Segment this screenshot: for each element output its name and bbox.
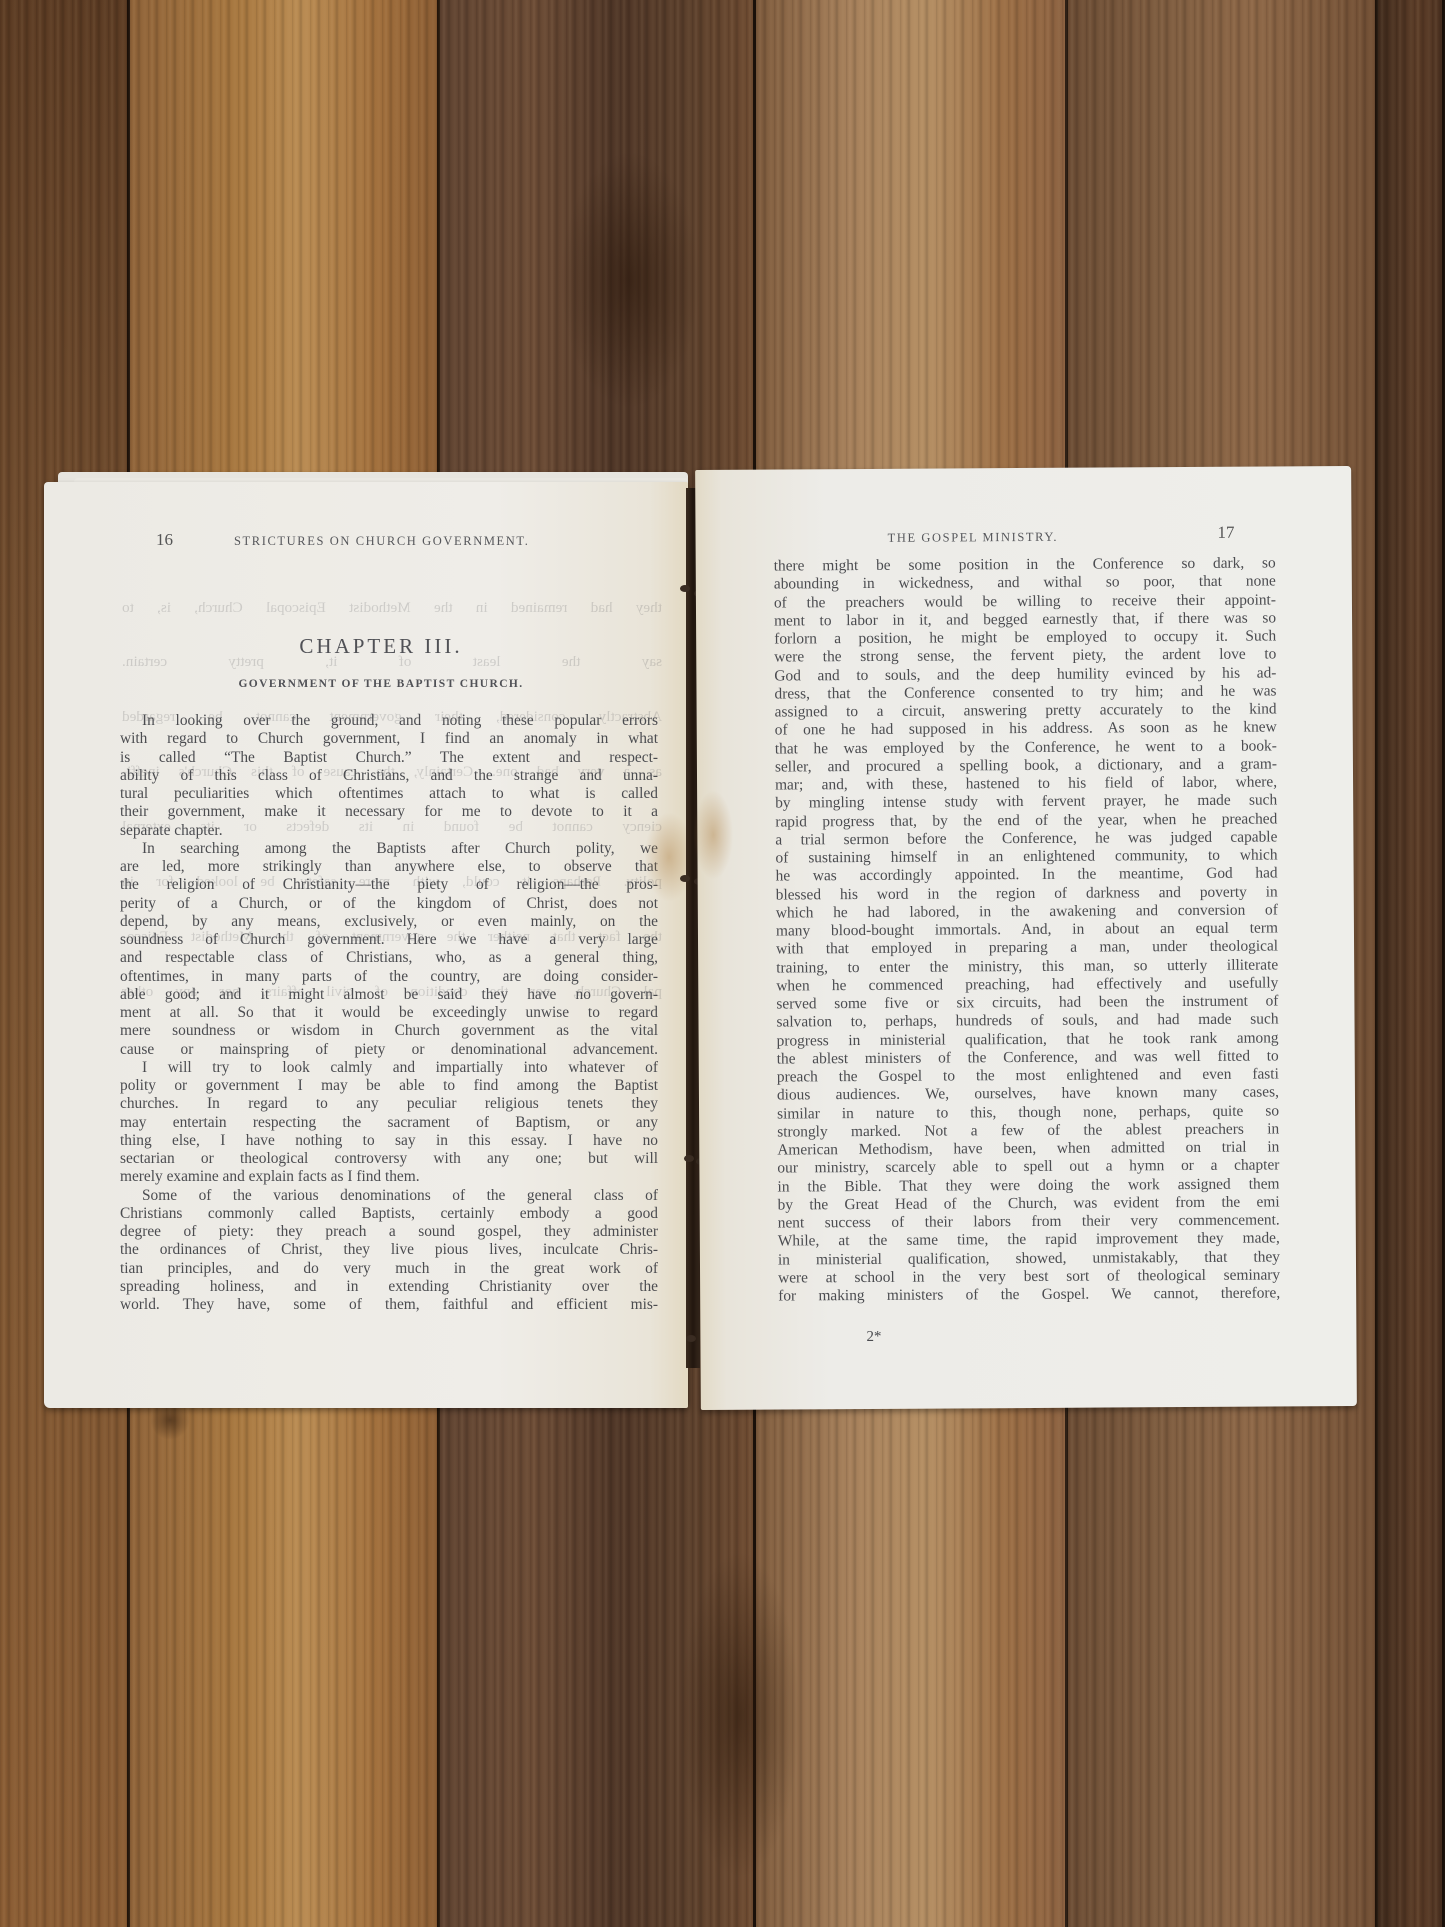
text-line: is called “The Baptist Church.” The exte… — [120, 749, 658, 767]
binding-stitch — [686, 1335, 696, 1342]
text-line: salvation to, perhaps, hundreds of souls… — [776, 1011, 1278, 1032]
text-line: the religion of Christianity—the piety o… — [120, 876, 658, 894]
text-line: polity or government I may be able to fi… — [120, 1077, 658, 1095]
text-line: world. They have, some of them, faithful… — [120, 1296, 658, 1314]
text-line: by mingling intense study with fervent p… — [775, 792, 1277, 813]
text-line: spreading holiness, and in extending Chr… — [120, 1278, 658, 1296]
chapter-title: CHAPTER III. — [44, 634, 688, 659]
text-line: While, at the same time, the rapid impro… — [778, 1230, 1280, 1251]
right-page: THE GOSPEL MINISTRY. 17 there might be s… — [695, 466, 1357, 1410]
text-line: are led, more strikingly than anywhere e… — [120, 858, 658, 876]
text-line: their government, make it necessary for … — [120, 803, 658, 821]
floor-plank — [1378, 0, 1445, 1927]
binding-stitch — [684, 1155, 694, 1162]
binding-stitch — [680, 875, 690, 882]
text-line: soundness of Church government. Here we … — [120, 931, 658, 949]
text-line: oftentimes, in many parts of the country… — [120, 968, 658, 986]
text-line: tural peculiarities which oftentimes att… — [120, 785, 658, 803]
left-page-body: In looking over the ground, and noting t… — [120, 712, 658, 1314]
text-line: he was accordingly appointed. In the mea… — [776, 865, 1278, 886]
text-line: with that employed in preparing a man, u… — [776, 938, 1278, 959]
text-line: dious audiences. We, ourselves, have kno… — [777, 1084, 1279, 1105]
text-line: tian principles, and do very much in the… — [120, 1260, 658, 1278]
text-line: ment at all. So that it would be exceedi… — [120, 1004, 658, 1022]
text-line: with regard to Church government, I find… — [120, 730, 658, 748]
water-stain — [693, 790, 734, 880]
text-line: In searching among the Baptists after Ch… — [120, 840, 658, 858]
text-line: the ordinances of Christ, they live piou… — [120, 1241, 658, 1259]
text-line: for making ministers of the Gospel. We c… — [778, 1284, 1280, 1305]
text-line: degree of piety: they preach a sound gos… — [120, 1223, 658, 1241]
text-line: I will try to look calmly and impartiall… — [120, 1059, 658, 1077]
page-number: 17 — [1217, 523, 1234, 543]
left-page: 16 STRICTURES ON CHURCH GOVERNMENT. they… — [44, 482, 688, 1408]
text-line: In looking over the ground, and noting t… — [120, 712, 658, 730]
text-line: churches. In regard to any peculiar reli… — [120, 1095, 658, 1113]
text-line: our ministry, scarcely able to spell out… — [777, 1157, 1279, 1178]
signature-mark: 2* — [866, 1329, 881, 1346]
binding-stitch — [680, 585, 690, 592]
text-line: merely examine and explain facts as I fi… — [120, 1168, 658, 1186]
text-line: thing else, I have nothing to say in thi… — [120, 1132, 658, 1150]
text-line: sectarian or theological controversy wit… — [120, 1150, 658, 1168]
wood-knot — [680, 1550, 800, 1880]
text-line: and respectable class of Christians, who… — [120, 949, 658, 967]
text-line: may entertain respecting the sacrament o… — [120, 1114, 658, 1132]
running-head: STRICTURES ON CHURCH GOVERNMENT. — [234, 534, 529, 549]
text-line: perity of a Church, or of the kingdom of… — [120, 895, 658, 913]
text-line: mere soundness or wisdom in Church gover… — [120, 1022, 658, 1040]
right-page-body: there might be some position in the Conf… — [774, 554, 1281, 1305]
text-line: of one he had supposed in his address. A… — [775, 719, 1277, 740]
running-head: THE GOSPEL MINISTRY. — [888, 530, 1059, 546]
text-line: Christians commonly called Baptists, cer… — [120, 1205, 658, 1223]
text-line: depend, by any means, exclusively, or ev… — [120, 913, 658, 931]
text-line: separate chapter. — [120, 822, 658, 840]
text-line: Some of the various denominations of the… — [120, 1187, 658, 1205]
text-line: ability of this class of Christians, and… — [120, 767, 658, 785]
text-line: able good; and it might almost be said t… — [120, 986, 658, 1004]
text-line: abounding in wickedness, and withal so p… — [774, 573, 1276, 594]
text-line: were the strong sense, the fervent piety… — [774, 646, 1276, 667]
chapter-subtitle: GOVERNMENT OF THE BAPTIST CHURCH. — [44, 678, 688, 690]
page-number: 16 — [156, 530, 173, 550]
text-line: cause or mainspring of piety or denomina… — [120, 1041, 658, 1059]
wood-knot — [560, 150, 700, 410]
